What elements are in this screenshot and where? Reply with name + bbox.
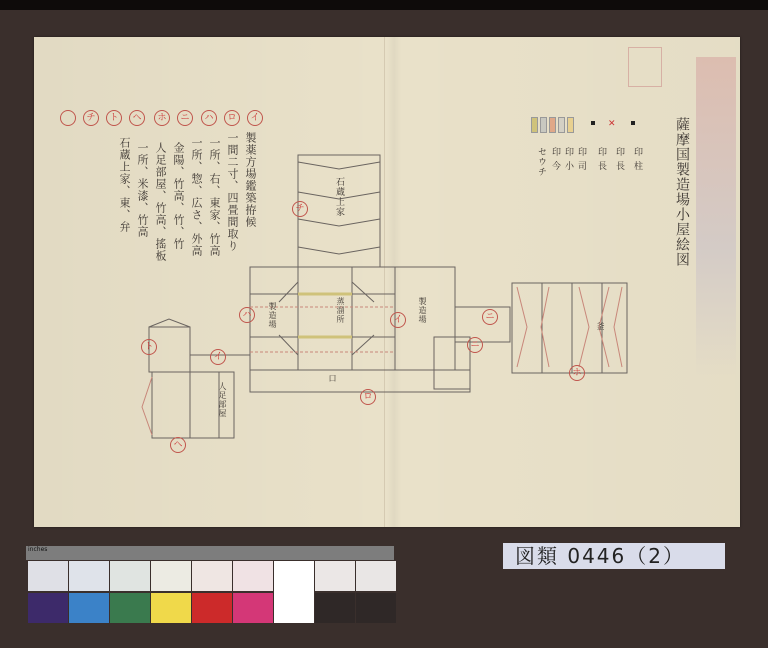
plan-marker-ni-2: ニ	[467, 337, 483, 353]
swatch-white-3	[110, 561, 150, 591]
swatch-white-8	[356, 561, 396, 591]
label-right-shed: 製造場	[416, 297, 429, 337]
scale-ruler: inches	[26, 546, 394, 560]
plan-marker-ha: ハ	[239, 307, 255, 323]
plan-marker-he: ヘ	[170, 437, 186, 453]
ruler-unit-label: inches	[28, 546, 47, 553]
floor-plan	[34, 37, 740, 527]
scanner-top-edge	[0, 0, 768, 10]
swatch-blue	[69, 593, 109, 623]
swatch-white-4	[151, 561, 191, 591]
swatch-white-7	[315, 561, 355, 591]
swatch-green	[110, 593, 150, 623]
plan-marker-ho: ホ	[569, 365, 585, 381]
label-front: 口	[326, 374, 339, 388]
plan-marker-chi: チ	[292, 201, 308, 217]
swatch-white-2	[69, 561, 109, 591]
document-sheet: チ ト ヘ ホ ニ ハ ロ イ 製薬方場鑑築拵候 一間二寸、四畳間取り 一所、右…	[34, 37, 740, 527]
plan-marker-to: ト	[141, 339, 157, 355]
swatch-black-1	[315, 593, 355, 623]
plan-marker-ni: ニ	[482, 309, 498, 325]
swatch-white-5	[192, 561, 232, 591]
swatch-yellow	[151, 593, 191, 623]
swatch-white-6	[233, 561, 273, 591]
label-porter-room: 人足部屋	[216, 382, 229, 422]
plan-marker-i-2: イ	[210, 349, 226, 365]
swatch-red	[192, 593, 232, 623]
plan-marker-ro: ロ	[360, 389, 376, 405]
swatch-magenta	[233, 593, 273, 623]
catalog-label: 図類 0446（2）	[503, 543, 725, 569]
label-east-shed: 釜	[594, 322, 607, 342]
swatch-white-1	[28, 561, 68, 591]
label-stone-storehouse: 石蔵上家	[332, 177, 345, 257]
label-left-shed: 製造場	[266, 302, 279, 342]
plan-marker-i: イ	[390, 312, 406, 328]
swatch-purple	[28, 593, 68, 623]
swatch-black-2	[356, 593, 396, 623]
label-main-hall: 蒸溜所	[334, 297, 347, 347]
swatch-pure-white	[274, 561, 314, 623]
